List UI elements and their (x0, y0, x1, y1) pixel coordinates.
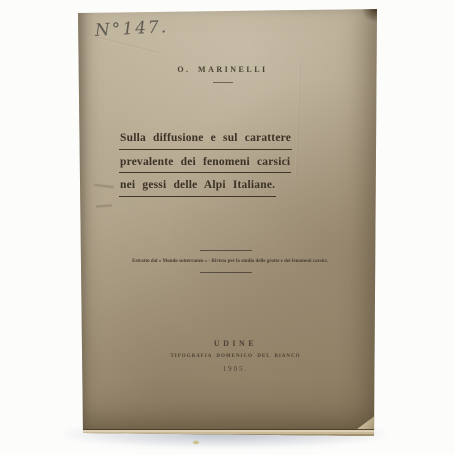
pamphlet-cover: N°147. O. MARINELLI Sulla diffusione e s… (78, 9, 377, 436)
imprint-city: UDINE (86, 339, 385, 348)
source-note: Estratto dal « Mondo sotterraneo » - Riv… (96, 258, 364, 265)
pencil-smudge (96, 204, 112, 207)
imprint-year: 1905. (86, 365, 385, 373)
corner-curl (354, 415, 376, 430)
pencil-smudge (94, 184, 114, 188)
photo-background: N°147. O. MARINELLI Sulla diffusione e s… (0, 0, 455, 455)
author-rule (213, 82, 233, 83)
imprint-printer: TIPOGRAFIA DOMENICO DEL BIANCO (86, 354, 385, 359)
corner-stain (362, 6, 380, 22)
dust-speck (193, 441, 199, 444)
imprint-block: UDINE TIPOGRAFIA DOMENICO DEL BIANCO 190… (78, 339, 377, 373)
separator-rule-bottom (200, 272, 252, 273)
author-name: O. MARINELLI (177, 65, 267, 74)
title-line-2: prevalente dei fenomeni carsici (119, 157, 291, 174)
separator-rule-top (200, 250, 252, 251)
author-block: O. MARINELLI (78, 59, 377, 83)
title-block: Sulla diffusione e sul carattere prevale… (119, 133, 273, 204)
title-line-3: nei gessi delle Alpi Italiane. (119, 180, 276, 197)
handwritten-inventory-number: N°147. (95, 17, 169, 41)
title-line-1: Sulla diffusione e sul carattere (119, 133, 292, 150)
